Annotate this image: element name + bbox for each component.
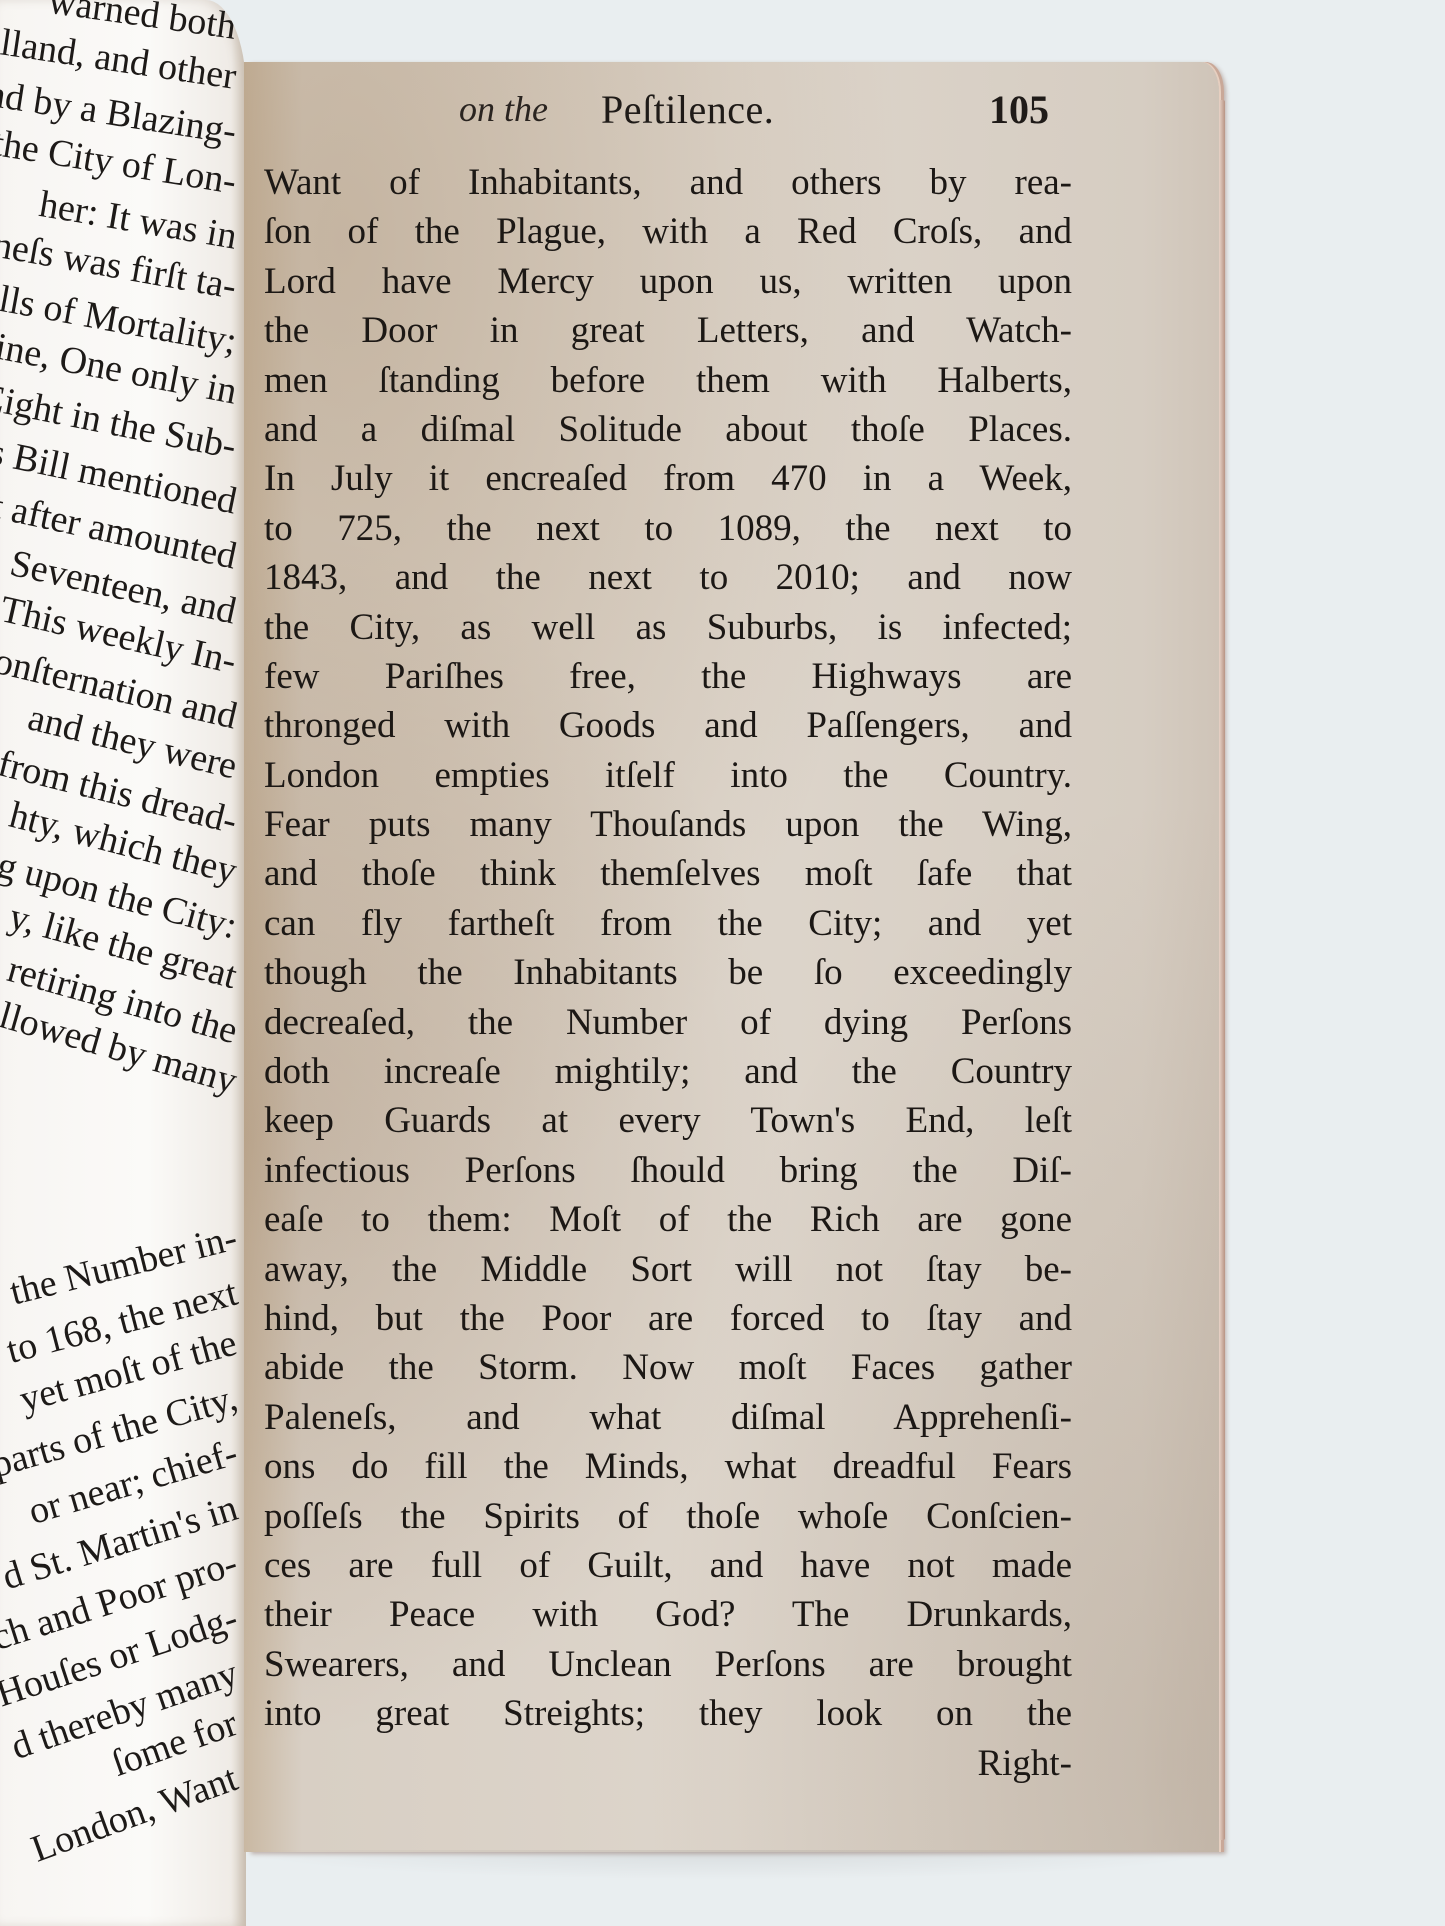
text-line: into great Streights; they look on the bbox=[264, 1689, 1072, 1738]
text-line: few Pariſhes free, the Highways are bbox=[264, 652, 1072, 701]
text-line: though the Inhabitants be ſo exceedingly bbox=[264, 948, 1072, 997]
text-line: and thoſe think themſelves moſt ſafe tha… bbox=[264, 849, 1072, 898]
text-line: infectious Perſons ſhould bring the Diſ- bbox=[264, 1146, 1072, 1195]
text-line: In July it encreaſed from 470 in a Week, bbox=[264, 454, 1072, 503]
text-line: men ſtanding before them with Halberts, bbox=[264, 356, 1072, 405]
text-line: Lord have Mercy upon us, written upon bbox=[264, 257, 1072, 306]
text-line: the Door in great Letters, and Watch- bbox=[264, 306, 1072, 355]
running-head-italic: on the bbox=[459, 88, 548, 130]
text-line: abide the Storm. Now moſt Faces gather bbox=[264, 1343, 1072, 1392]
text-line: Want of Inhabitants, and others by rea- bbox=[264, 158, 1072, 207]
page-shadow bbox=[230, 1850, 1230, 1880]
text-line: the City, as well as Suburbs, is infecte… bbox=[264, 603, 1072, 652]
text-line: away, the Middle Sort will not ſtay be- bbox=[264, 1245, 1072, 1294]
right-page: on the Peſtilence. 105 Want of Inhabitan… bbox=[244, 62, 1219, 1852]
text-line: can fly fartheſt from the City; and yet bbox=[264, 899, 1072, 948]
text-line: poſſeſs the Spirits of thoſe whoſe Conſc… bbox=[264, 1492, 1072, 1541]
catchword: Right- bbox=[264, 1739, 1072, 1788]
text-line: keep Guards at every Town's End, leſt bbox=[264, 1096, 1072, 1145]
text-line: Swearers, and Unclean Perſons are brough… bbox=[264, 1640, 1072, 1689]
text-line: London empties itſelf into the Country. bbox=[264, 751, 1072, 800]
text-line: their Peace with God? The Drunkards, bbox=[264, 1590, 1072, 1639]
text-line: doth increaſe mightily; and the Country bbox=[264, 1047, 1072, 1096]
text-line: Fear puts many Thouſands upon the Wing, bbox=[264, 800, 1072, 849]
text-line: hind, but the Poor are forced to ſtay an… bbox=[264, 1294, 1072, 1343]
text-line: eaſe to them: Moſt of the Rich are gone bbox=[264, 1195, 1072, 1244]
text-line: decreaſed, the Number of dying Perſons bbox=[264, 998, 1072, 1047]
text-line: 1843, and the next to 2010; and now bbox=[264, 553, 1072, 602]
text-line: Paleneſs, and what diſmal Apprehenſi- bbox=[264, 1393, 1072, 1442]
text-line: and a diſmal Solitude about thoſe Places… bbox=[264, 405, 1072, 454]
page-fore-edge bbox=[1219, 100, 1225, 1840]
text-line: ons do fill the Minds, what dreadful Fea… bbox=[264, 1442, 1072, 1491]
text-line: ſon of the Plague, with a Red Croſs, and bbox=[264, 207, 1072, 256]
text-line: thronged with Goods and Paſſengers, and bbox=[264, 701, 1072, 750]
page-body-text: Want of Inhabitants, and others by rea- … bbox=[264, 158, 1072, 1788]
left-facing-page: warned bothHolland, and otherand by a Bl… bbox=[0, 0, 246, 1926]
running-head-title: Peſtilence. bbox=[601, 86, 774, 133]
text-line: ces are full of Guilt, and have not made bbox=[264, 1541, 1072, 1590]
running-head: on the Peſtilence. 105 bbox=[244, 86, 1219, 136]
text-line: to 725, the next to 1089, the next to bbox=[264, 504, 1072, 553]
page-number: 105 bbox=[989, 86, 1049, 133]
